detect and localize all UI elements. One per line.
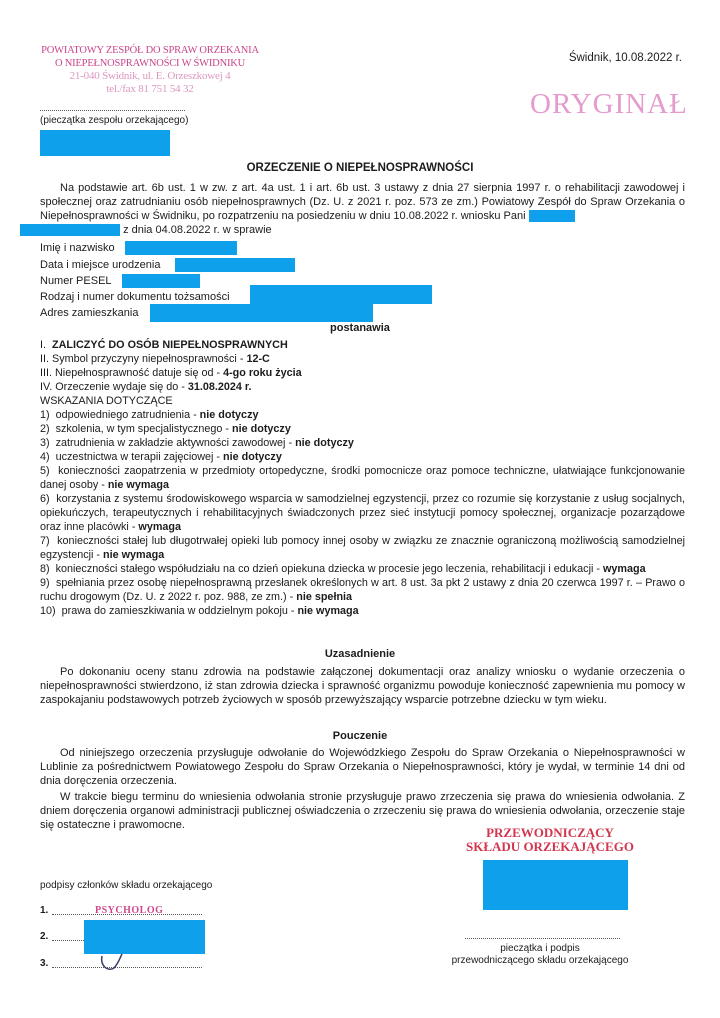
intro-paragraph: Na podstawie art. 6b ust. 1 w zw. z art.…	[40, 181, 685, 237]
instruction-heading: Pouczenie	[0, 730, 720, 742]
indication-item: 1) odpowiedniego zatrudnienia - nie doty…	[40, 408, 685, 422]
field-address: Adres zamieszkania	[40, 306, 138, 320]
redacted-pesel	[122, 274, 200, 288]
redacted-applicant-name	[529, 210, 575, 222]
indication-item: 2) szkolenia, w tym specjalistycznego - …	[40, 422, 685, 436]
stamp-dotted-line	[40, 110, 185, 111]
decision-item: II. Symbol przyczyny niepełnosprawności …	[40, 352, 685, 366]
member-3-number: 3.	[40, 958, 48, 969]
psychologist-stamp: PSYCHOLOG	[95, 905, 163, 916]
justification-heading: Uzasadnienie	[0, 648, 720, 660]
place-date: Świdnik, 10.08.2022 r.	[569, 52, 682, 64]
decision-item: III. Niepełnosprawność datuje się od - 4…	[40, 366, 685, 380]
decision-item: I. ZALICZYĆ DO OSÓB NIEPEŁNOSPRAWNYCH	[40, 338, 685, 352]
redacted-birth	[175, 258, 295, 272]
field-pesel: Numer PESEL	[40, 274, 112, 288]
field-name: Imię i nazwisko	[40, 241, 115, 255]
stamp-caption: (pieczątka zespołu orzekającego)	[40, 115, 188, 126]
decision-item: IV. Orzeczenie wydaje się do - 31.08.202…	[40, 380, 685, 394]
issuer-stamp: POWIATOWY ZESPÓŁ DO SPRAW ORZEKANIA O NI…	[40, 44, 260, 96]
redacted-id-document	[250, 285, 432, 304]
field-label: Rodzaj i numer dokumentu tożsamości	[40, 291, 230, 303]
justification-text: Po dokonaniu oceny stanu zdrowia na pods…	[40, 665, 685, 707]
chair-stamp: PRZEWODNICZĄCY SKŁADU ORZEKAJĄCEGO	[460, 826, 640, 854]
indication-item: 7) konieczności stałej lub długotrwałej …	[40, 534, 685, 562]
chair-stamp-line-1: PRZEWODNICZĄCY	[460, 826, 640, 840]
member-2-number: 2.	[40, 931, 48, 942]
signature-scribble-icon	[98, 952, 128, 974]
document-title: ORZECZENIE O NIEPEŁNOSPRAWNOŚCI	[0, 162, 720, 174]
members-caption: podpisy członków składu orzekającego	[40, 880, 212, 891]
indication-item: 5) konieczności zaopatrzenia w przedmiot…	[40, 464, 685, 492]
original-stamp: ORYGINAŁ	[530, 88, 688, 121]
chair-caption-line-2: przewodniczącego składu orzekającego	[440, 955, 640, 967]
indication-item: 10) prawa do zamieszkiwania w oddzielnym…	[40, 604, 685, 618]
stamp-line-3: 21-040 Świdnik, ul. E. Orzeszkowej 4	[40, 70, 260, 83]
indication-item: 3) zatrudnienia w zakładzie aktywności z…	[40, 436, 685, 450]
instruction-paragraph-1: Od niniejszego orzeczenia przysługuje od…	[40, 746, 685, 788]
member-1-number: 1.	[40, 905, 48, 916]
chair-signature-line	[465, 938, 620, 939]
indication-item: 6) korzystania z systemu środowiskowego …	[40, 492, 685, 534]
chair-stamp-line-2: SKŁADU ORZEKAJĄCEGO	[460, 840, 640, 854]
intro-text-2: z dnia 04.08.2022 r. w sprawie	[123, 224, 272, 236]
field-label: Imię i nazwisko	[40, 242, 115, 254]
intro-text: Na podstawie art. 6b ust. 1 w zw. z art.…	[40, 182, 685, 222]
indication-item: 9) spełniania przez osobę niepełnosprawn…	[40, 576, 685, 604]
decides-label: postanawia	[330, 322, 390, 334]
field-birth: Data i miejsce urodzenia	[40, 258, 160, 272]
field-label: Numer PESEL	[40, 275, 112, 287]
indication-item: 8) konieczności stałego współudziału na …	[40, 562, 685, 576]
chair-caption: pieczątka i podpis przewodniczącego skła…	[440, 943, 640, 967]
field-label: Adres zamieszkania	[40, 307, 138, 319]
redacted-name	[125, 241, 237, 255]
member-2-line	[52, 940, 84, 941]
indication-item: 4) uczestnictwa w terapii zajęciowej - n…	[40, 450, 685, 464]
stamp-line-4: tel./fax 81 751 54 32	[40, 83, 260, 96]
chair-caption-line-1: pieczątka i podpis	[440, 943, 640, 955]
redacted-applicant-name-cont	[20, 224, 120, 236]
redacted-member-signature	[84, 920, 205, 954]
indications-heading: WSKAZANIA DOTYCZĄCE	[40, 394, 685, 408]
redacted-address	[150, 304, 373, 322]
stamp-line-1: POWIATOWY ZESPÓŁ DO SPRAW ORZEKANIA	[40, 44, 260, 57]
redacted-reference	[40, 130, 170, 156]
redacted-chair-signature	[483, 860, 628, 910]
field-id-document: Rodzaj i numer dokumentu tożsamości	[40, 290, 230, 304]
field-label: Data i miejsce urodzenia	[40, 259, 160, 271]
decisions-list: I. ZALICZYĆ DO OSÓB NIEPEŁNOSPRAWNYCH II…	[40, 338, 685, 618]
stamp-line-2: O NIEPEŁNOSPRAWNOŚCI W ŚWIDNIKU	[40, 57, 260, 70]
